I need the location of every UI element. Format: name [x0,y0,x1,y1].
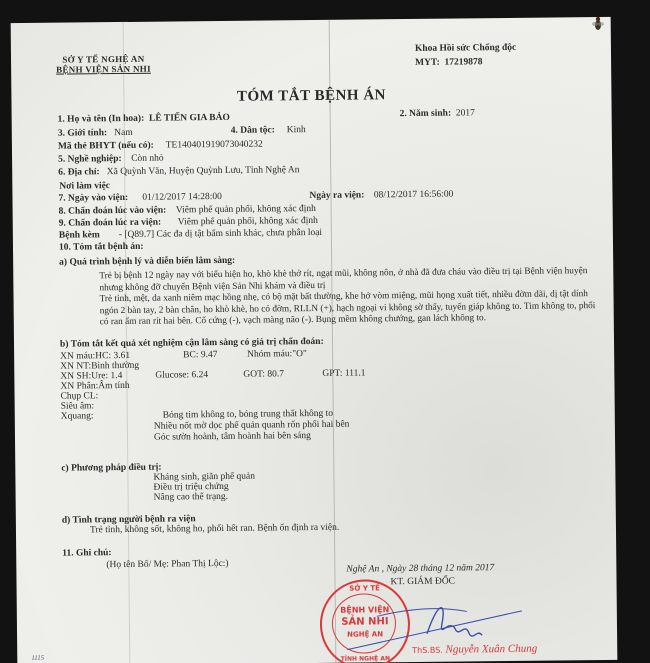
lab-xray-label: Xquang: [61,411,94,421]
lab-biochem: XN SH:Ure: 1.4 [60,371,122,382]
field-ethnicity: 4. Dân tộc: Kinh [231,125,306,136]
field-discharge-date: Ngày ra viện: 08/12/2017 16:56:00 [309,190,453,202]
signer-name: ThS.BS. Nguyễn Xuân Chung [412,643,537,656]
field-diagnosis-discharge: 9. Chẩn đoán lúc ra viện: Viêm phế quản … [59,216,318,229]
margin-handwritten-note: 1115 [31,654,44,662]
parent-name-note: (Họ tên Bố/ Mẹ: Phan Thị Lộc:) [106,559,228,570]
lab-ct: Chụp CL: [61,391,99,401]
summary-heading: 10. Tóm tắt bệnh án: [59,242,144,253]
lab-urine: XN NT:Bình thường [60,361,139,372]
hospital-header: SỞ Y TẾ NGHỆ AN BỆNH VIỆN SẢN NHI [56,54,151,75]
place-date: Nghệ An , Ngày 28 tháng 12 năm 2017 [346,563,494,575]
field-diagnosis-admission: 8. Chẩn đoán lúc vào viện: Viêm phế quản… [59,204,316,217]
field-insurance: Mã thẻ BHYT (nếu có): TE1404019190730402… [58,140,263,152]
section-a-body: Trẻ bị bệnh 12 ngày nay với biểu hiện ho… [59,266,605,329]
field-address: 6. Địa chỉ: Xã Quỳnh Văn, Huyện Quỳnh Lư… [58,165,299,178]
xray-line: Góc sườn hoành, tâm hoành hai bên sáng [154,431,311,443]
fly-on-paper [592,16,604,32]
xray-line: Nhiều nốt mờ dọc phế quản quanh rốn phổi… [154,420,350,432]
lab-glucose: Glucose: 6.24 [155,370,208,381]
field-birth-year: 2. Năm sinh: 2017 [400,108,475,119]
field-comorbidity: Bệnh kèm - [Q89.7] Các đa dị tật bẩm sin… [59,228,322,241]
field-workplace: Nơi làm việc [59,181,110,192]
clinical-exam: Trẻ tỉnh, mệt, da xanh niêm mạc hồng nhẹ… [59,289,604,329]
paper-fold-line [329,20,337,663]
lab-got: GOT: 80.7 [243,369,284,379]
field-admission-date: 7. Ngày vào viện: 01/12/2017 14:28:00 [58,192,221,204]
discharge-status: Trẻ tỉnh, không sốt, không ho, phổi hết … [90,523,339,536]
lab-ultrasound: Siêu âm: [61,401,95,411]
lab-stool: XN Phân:Âm tính [60,381,129,392]
field-occupation: 5. Nghề nghiệp: Còn nhỏ [58,154,164,165]
hospital-name: BỆNH VIỆN SẢN NHI [56,64,151,75]
section-c-heading: c) Phương pháp điều trị: [61,463,161,474]
lab-bc: BC: 9.47 [183,350,217,360]
myt-code: MYT: 17219878 [415,57,482,68]
ward-name: Khoa Hồi sức Chống độc [415,43,516,54]
lab-gpt: GPT: 111.1 [322,368,365,378]
section-a-heading: a) Quá trình bệnh lý và diễn biến lâm sà… [59,256,235,268]
document-title: TÓM TẮT BỆNH ÁN [11,85,611,108]
treatment-line: Kháng sinh, giãn phế quản [153,472,255,483]
treatment-line: Nâng cao thể trạng. [154,492,228,503]
notes-heading: 11. Ghi chú: [62,548,111,559]
xray-line: Bóng tim không to, bóng trung thất không… [163,409,333,421]
medical-summary-document: SỞ Y TẾ NGHỆ AN BỆNH VIỆN SẢN NHI Khoa H… [11,17,618,663]
section-b-heading: b) Tóm tắt kết quả xét nghiệm cận lâm sà… [60,337,324,350]
lab-blood-group: Nhóm máu:"O" [247,349,307,360]
field-name: 1. Họ và tên (In hoa): LÊ TIẾN GIA BẢO [58,113,230,125]
field-gender: 3. Giới tính: Nam [58,128,133,139]
